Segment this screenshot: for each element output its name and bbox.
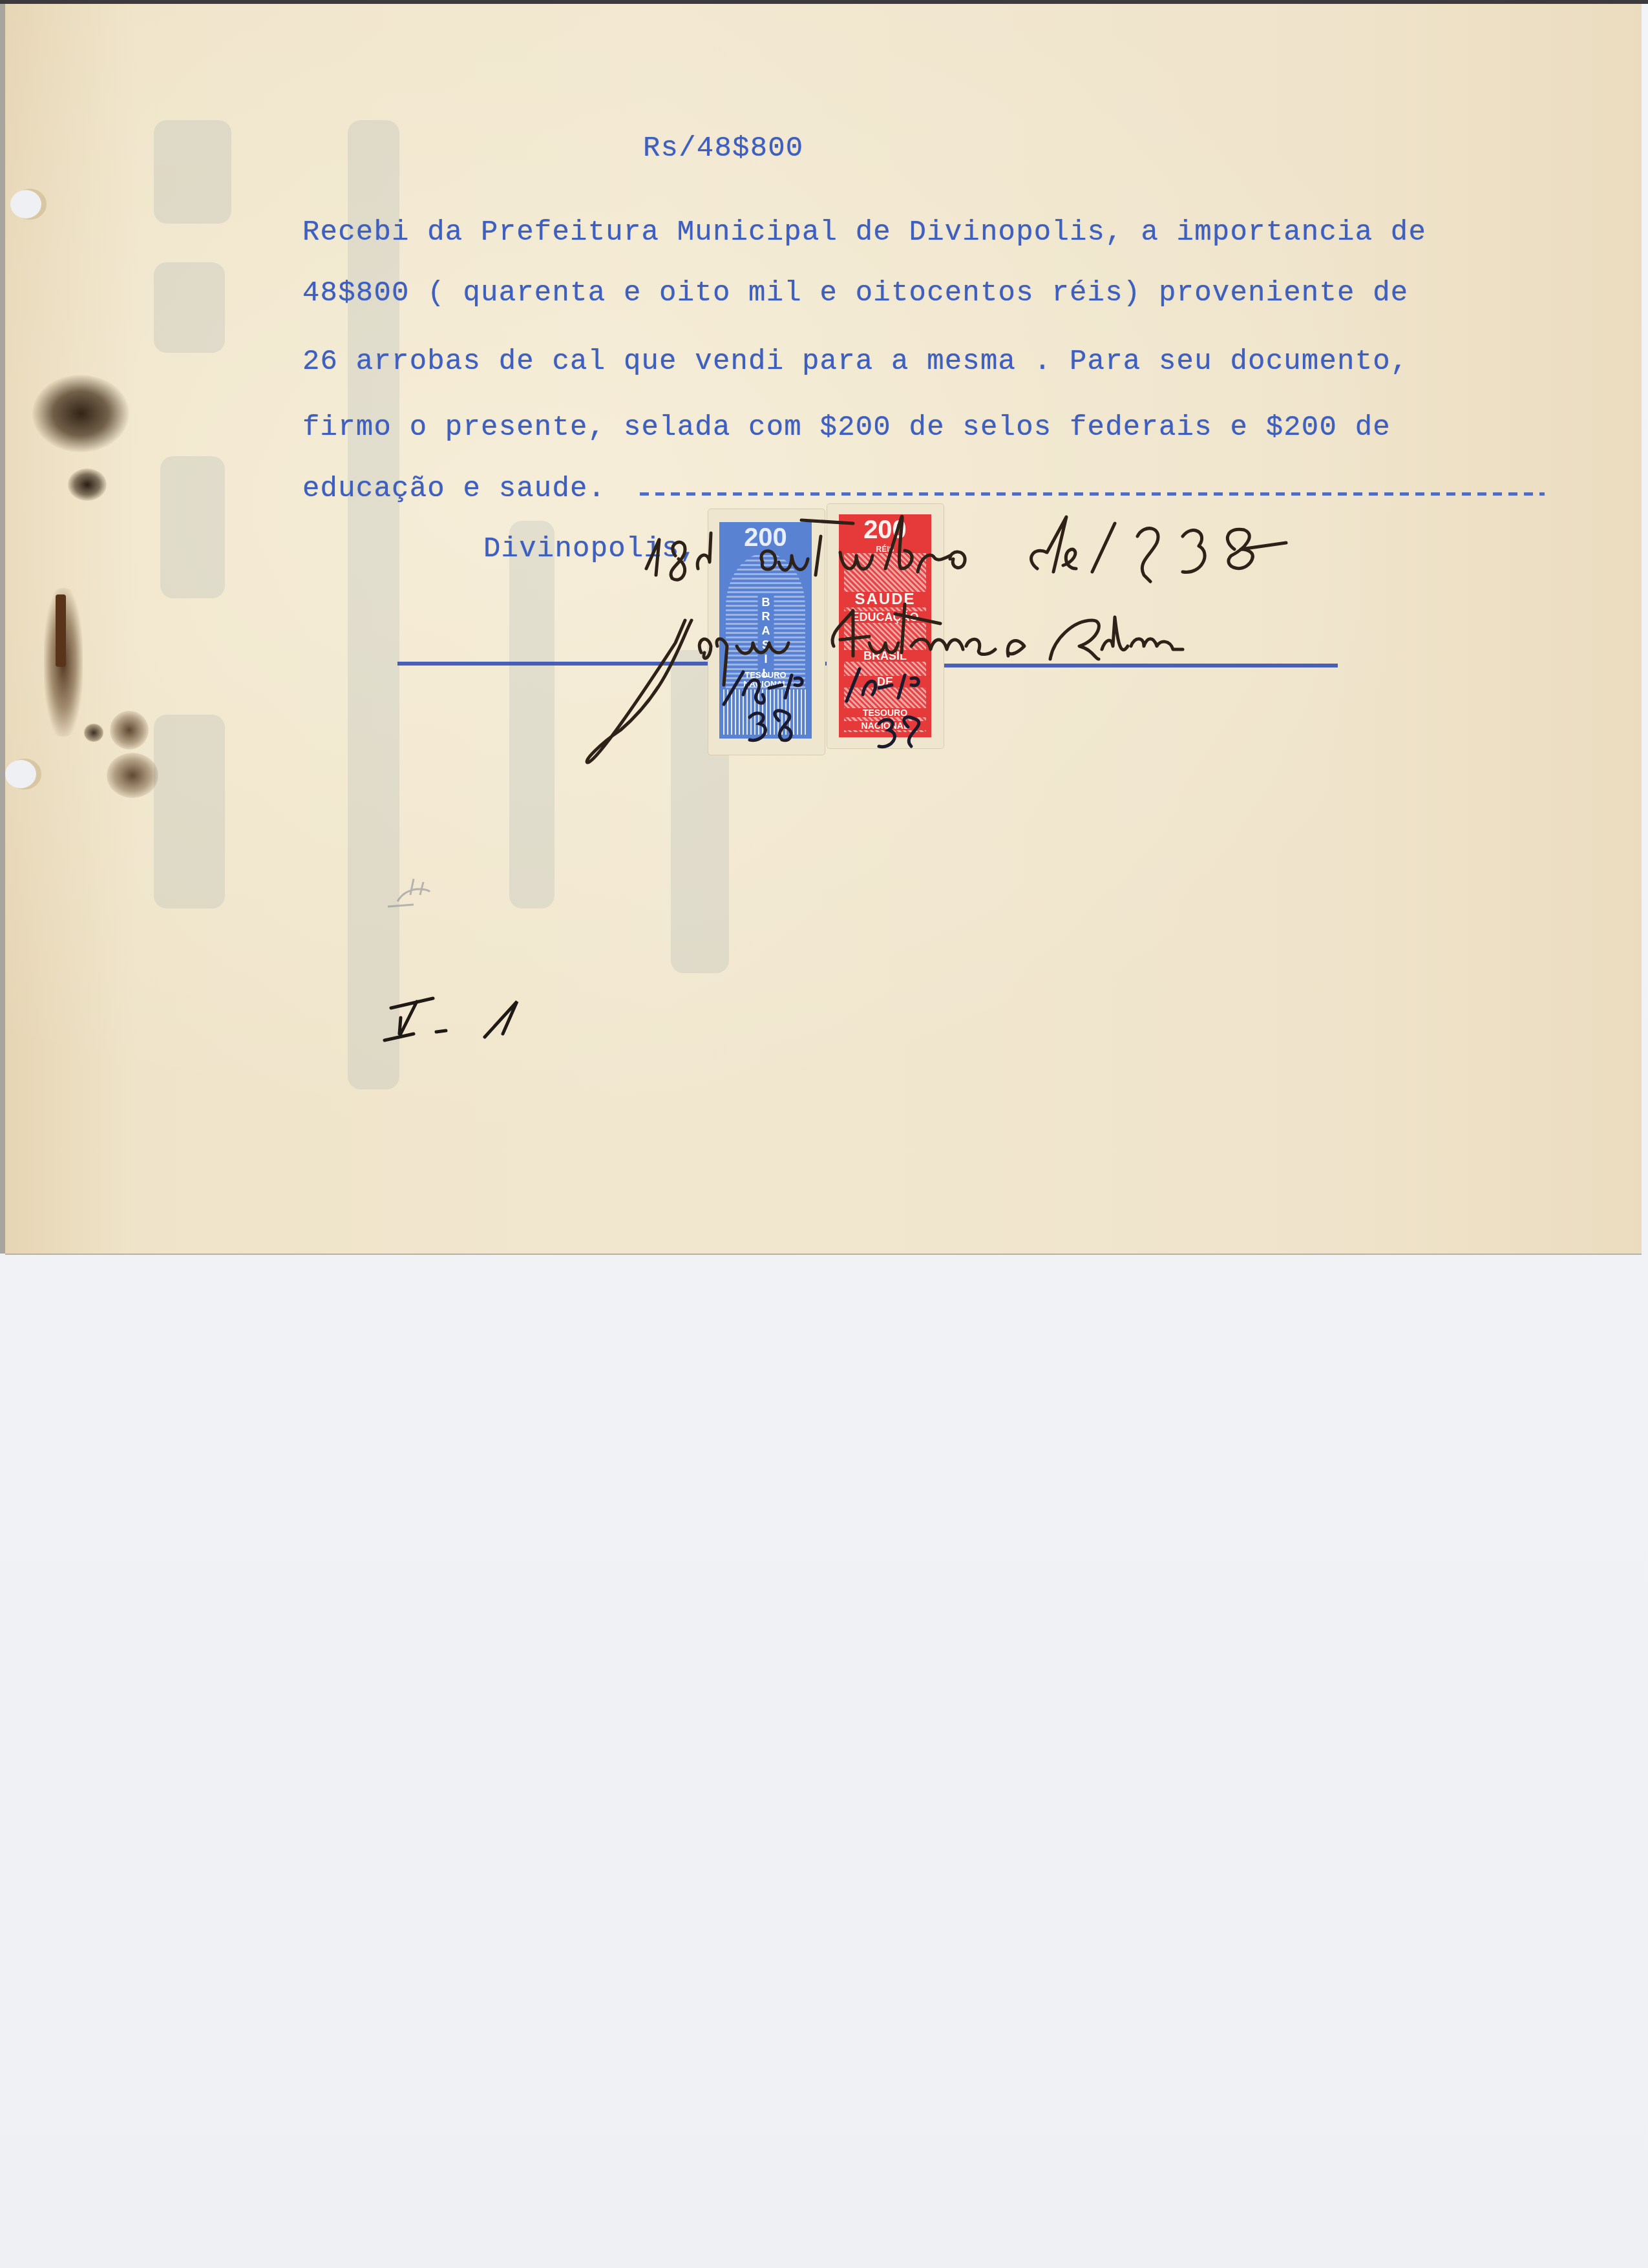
handwritten-date: 18 de outubro de 1938 — [633, 517, 1377, 594]
punch-hole-top — [10, 190, 41, 218]
body-line: 48$800 ( quarenta e oito mil e oitocento… — [302, 279, 1408, 308]
paper-left-edge — [0, 4, 5, 1254]
stamp-cancellation: 18-10 38 — [840, 672, 931, 750]
typed-dash-filler — [640, 492, 1545, 496]
ink-stain — [84, 724, 103, 742]
ink-stain — [68, 468, 107, 501]
ink-stain — [107, 753, 158, 798]
file-reference-mark: V - 1 — [381, 1002, 523, 1053]
body-line: educação e saude. — [302, 475, 606, 503]
amount-heading: Rs/48$800 — [643, 134, 803, 163]
handwritten-signature: Joaquim Antunes Ribeiro — [569, 614, 1409, 762]
ink-stain — [32, 375, 129, 452]
rust-staple-mark — [56, 594, 66, 667]
stamp-cancellation: 18-10 38 — [717, 672, 808, 750]
body-line: 26 arrobas de cal que vendi para a mesma… — [302, 348, 1408, 376]
punch-hole-bottom — [5, 760, 36, 788]
ink-stain — [110, 711, 149, 750]
body-line: firmo o presente, selada com $200 de sel… — [302, 414, 1391, 442]
body-line: Recebi da Prefeitura Municipal de Divino… — [302, 218, 1426, 247]
